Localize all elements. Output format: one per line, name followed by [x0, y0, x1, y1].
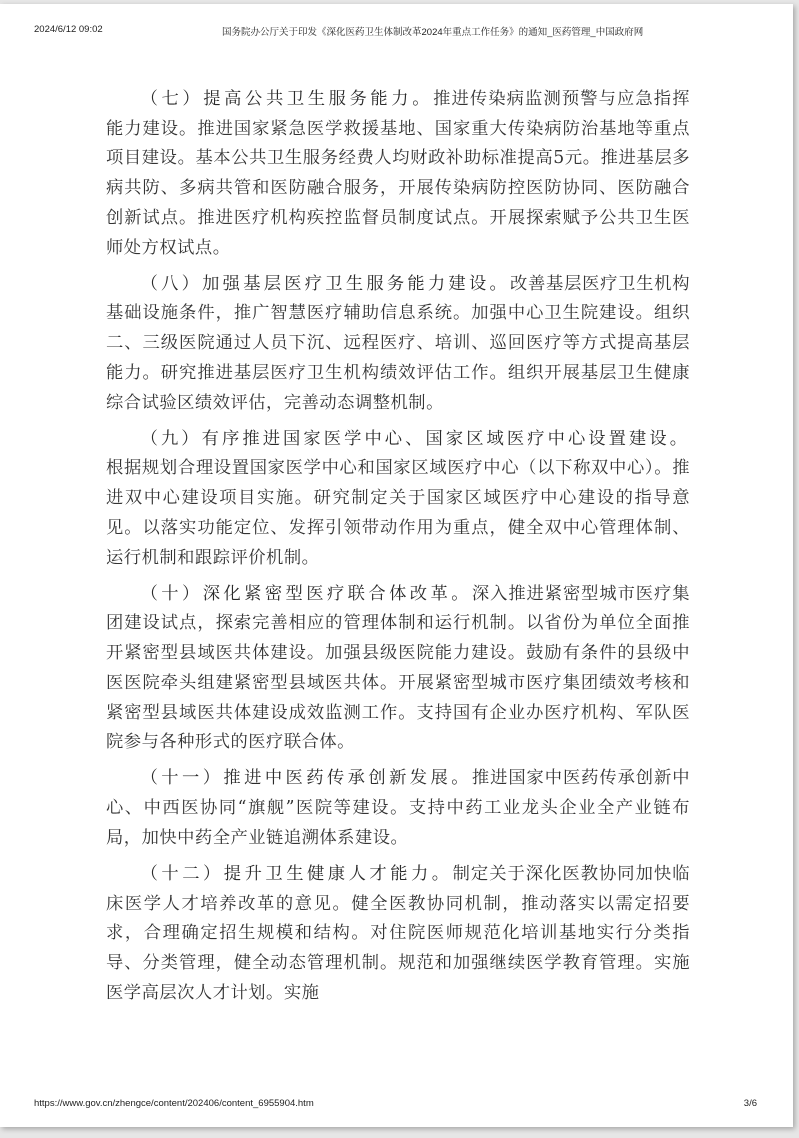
section-text: 根据规划合理设置国家医学中心和国家区域医疗中心（以下称双中心）。推进双中心建设项…: [106, 458, 690, 567]
section-paragraph-8: （八）加强基层医疗卫生服务能力建设。改善基层医疗卫生机构基础设施条件，推广智慧医…: [106, 270, 690, 419]
section-heading: （九）有序推进国家医学中心、国家区域医疗中心设置建设。: [141, 429, 690, 449]
section-text: 深入推进紧密型城市医疗集团建设试点，探索完善相应的管理体制和运行机制。以省份为单…: [106, 584, 690, 753]
document-body: （七）提高公共卫生服务能力。推进传染病监测预警与应急指挥能力建设。推进国家紧急医…: [106, 85, 690, 1015]
document-page: 2024/6/12 09:02 国务院办公厅关于印发《深化医药卫生体制改革202…: [0, 4, 793, 1127]
section-heading: （十二）提升卫生健康人才能力。: [141, 864, 453, 884]
section-heading: （七）提高公共卫生服务能力。: [141, 89, 434, 109]
print-header: 2024/6/12 09:02 国务院办公厅关于印发《深化医药卫生体制改革202…: [0, 24, 793, 40]
section-paragraph-12: （十二）提升卫生健康人才能力。制定关于深化医教协同加快临床医学人才培养改革的意见…: [106, 860, 690, 1009]
print-footer: https://www.gov.cn/zhengce/content/20240…: [0, 1098, 793, 1114]
source-url: https://www.gov.cn/zhengce/content/20240…: [34, 1098, 314, 1109]
section-text: 制定关于深化医教协同加快临床医学人才培养改革的意见。健全医教协同机制，推动落实以…: [106, 864, 690, 1003]
section-text: 推进传染病监测预警与应急指挥能力建设。推进国家紧急医学救援基地、国家重大传染病防…: [106, 89, 690, 258]
section-paragraph-10: （十）深化紧密型医疗联合体改革。深入推进紧密型城市医疗集团建设试点，探索完善相应…: [106, 580, 690, 758]
section-heading: （八）加强基层医疗卫生服务能力建设。: [141, 274, 510, 294]
page-number: 3/6: [744, 1098, 757, 1109]
print-timestamp: 2024/6/12 09:02: [34, 24, 103, 35]
section-text: 改善基层医疗卫生机构基础设施条件，推广智慧医疗辅助信息系统。加强中心卫生院建设。…: [106, 274, 690, 413]
page-title: 国务院办公厅关于印发《深化医药卫生体制改革2024年重点工作任务》的通知_医药管…: [222, 24, 643, 38]
section-heading: （十一）推进中医药传承创新发展。: [141, 768, 472, 788]
section-heading: （十）深化紧密型医疗联合体改革。: [141, 584, 472, 604]
section-paragraph-9: （九）有序推进国家医学中心、国家区域医疗中心设置建设。根据规划合理设置国家医学中…: [106, 425, 690, 574]
section-paragraph-11: （十一）推进中医药传承创新发展。推进国家中医药传承创新中心、中西医协同“旗舰”医…: [106, 764, 690, 853]
section-paragraph-7: （七）提高公共卫生服务能力。推进传染病监测预警与应急指挥能力建设。推进国家紧急医…: [106, 85, 690, 263]
